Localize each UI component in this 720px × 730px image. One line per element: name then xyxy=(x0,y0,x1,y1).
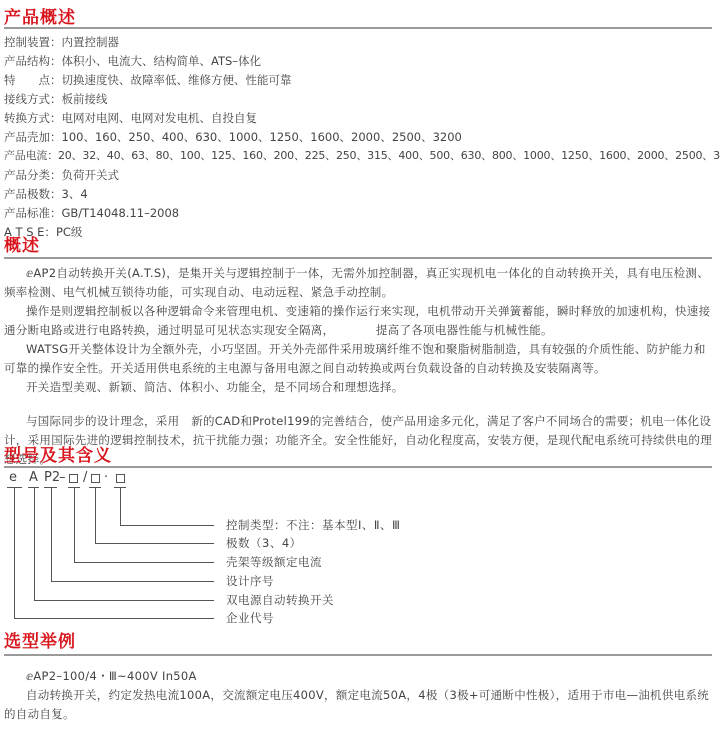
example-description: 自动转换开关，约定发热电流100A，交流额定电压400V，额定电流50A，4极（… xyxy=(4,686,716,724)
spec-label: 产品分类： xyxy=(4,166,62,184)
connector-line xyxy=(74,488,75,562)
spec-label: 产品结构： xyxy=(4,52,62,70)
spec-row: 产品结构：体积小、电流大、结构简单、ATS–体化 xyxy=(4,52,261,70)
spec-value: 3、4 xyxy=(62,187,88,201)
spec-value: 板前接线 xyxy=(62,92,108,106)
code-dot: · xyxy=(104,470,108,486)
spec-value: 20、32、40、63、80、100、125、160、200、225、250、3… xyxy=(58,149,720,162)
code-p2: P2 xyxy=(44,470,60,486)
code-box-current xyxy=(69,474,78,483)
spec-label: 转换方式： xyxy=(4,109,62,127)
spec-row: 产品标准：GB/T14048.11–2008 xyxy=(4,204,179,222)
paragraph: 开关造型美观、新颖、简洁、体积小、功能全，是不同场合和理想选择。 xyxy=(4,378,716,397)
connector-line xyxy=(34,600,214,601)
spec-row: 产品壳加：100、160、250、400、630、1000、1250、1600、… xyxy=(4,128,462,146)
spec-row: 产品电流：20、32、40、63、80、100、125、160、200、225、… xyxy=(4,147,720,165)
code-dash: – xyxy=(59,470,66,486)
paragraph-text: ⅇAP2自动转换开关(A.T.S)，是集开关与逻辑控制于一体，无需外加控制器，真… xyxy=(4,266,709,299)
paragraph: WATSG开关整体设计为全额外壳，小巧坚固。开关外壳部件采用玻璃纤维不饱和聚脂树… xyxy=(4,340,716,378)
connector-line xyxy=(51,488,52,581)
example-code: ⅇAP2–100/4・Ⅲ~400V In50A xyxy=(4,667,716,686)
connector-line xyxy=(51,581,214,582)
spec-label: 特 点： xyxy=(4,71,62,89)
spec-value: GB/T14048.11–2008 xyxy=(62,206,180,220)
connector-line xyxy=(74,562,214,563)
section-divider xyxy=(4,654,712,656)
spec-label: 接线方式： xyxy=(4,90,62,108)
spec-row: 特 点：切换速度快、故障率低、维修方便、性能可靠 xyxy=(4,71,292,89)
spec-label: 产品标准： xyxy=(4,204,62,222)
label-ats: 双电源自动转换开关 xyxy=(226,593,334,607)
example-code-text: ⅇAP2–100/4・Ⅲ~400V In50A xyxy=(26,669,197,683)
connector-line xyxy=(120,488,121,525)
paragraph: 操作是则逻辑控制板以各种逻辑命令来管理电机、变速箱的操作运行来实现，电机带动开关… xyxy=(4,302,716,340)
spec-value: 电网对电网、电网对发电机、自投自复 xyxy=(62,111,258,125)
spec-row: 控制装置：内置控制器 xyxy=(4,33,119,51)
section-title-model: 型号及其含义 xyxy=(4,446,112,466)
example-description-text: 自动转换开关，约定发热电流100A，交流额定电压400V，额定电流50A，4极（… xyxy=(4,688,709,721)
spec-label: 产品电流： xyxy=(4,147,58,165)
paragraph-text: WATSG开关整体设计为全额外壳，小巧坚固。开关外壳部件采用玻璃纤维不饱和聚脂树… xyxy=(4,342,706,375)
section-title-overview: 产品概述 xyxy=(4,8,76,28)
code-box-poles xyxy=(91,474,100,483)
code-a: A xyxy=(29,470,38,486)
label-design-serial: 设计序号 xyxy=(226,574,274,588)
spec-row: 转换方式：电网对电网、电网对发电机、自投自复 xyxy=(4,109,257,127)
connector-line xyxy=(95,543,214,544)
connector-line xyxy=(34,488,35,600)
label-frame-current: 壳架等级额定电流 xyxy=(226,555,322,569)
connector-line xyxy=(95,488,96,543)
connector-line xyxy=(120,525,214,526)
section-divider xyxy=(4,257,712,259)
section-divider xyxy=(4,466,712,468)
label-company-code: 企业代号 xyxy=(226,611,274,625)
spec-value: 体积小、电流大、结构简单、ATS–体化 xyxy=(62,54,262,68)
spec-value: 负荷开关式 xyxy=(62,168,120,182)
connector-line xyxy=(14,618,214,619)
paragraph-text: 开关造型美观、新颖、简洁、体积小、功能全，是不同场合和理想选择。 xyxy=(26,380,404,394)
spec-value: 切换速度快、故障率低、维修方便、性能可靠 xyxy=(62,73,292,87)
spec-value: 100、160、250、400、630、1000、1250、1600、2000、… xyxy=(62,130,462,144)
spec-row: 产品极数：3、4 xyxy=(4,185,88,203)
label-poles: 极数（3、4） xyxy=(226,536,302,550)
code-slash: / xyxy=(83,470,87,486)
section-divider xyxy=(4,27,712,29)
spec-label: 产品壳加： xyxy=(4,128,62,146)
spec-row: 产品分类：负荷开关式 xyxy=(4,166,119,184)
connector-line xyxy=(14,488,15,618)
code-e: e xyxy=(9,470,17,486)
paragraph: ⅇAP2自动转换开关(A.T.S)，是集开关与逻辑控制于一体，无需外加控制器，真… xyxy=(4,264,716,302)
paragraph-text: 操作是则逻辑控制板以各种逻辑命令来管理电机、变速箱的操作运行来实现，电机带动开关… xyxy=(4,304,710,337)
section-title-example: 选型举例 xyxy=(4,632,76,652)
spec-value: PC级 xyxy=(56,225,82,239)
section-title-summary: 概述 xyxy=(4,236,40,256)
spec-label: 控制装置： xyxy=(4,33,62,51)
spec-label: 产品极数： xyxy=(4,185,62,203)
code-box-type xyxy=(116,474,125,483)
label-control-type: 控制类型：不注：基本型Ⅰ、Ⅱ、Ⅲ xyxy=(226,518,400,532)
spec-row: 接线方式：板前接线 xyxy=(4,90,108,108)
spec-value: 内置控制器 xyxy=(62,35,120,49)
